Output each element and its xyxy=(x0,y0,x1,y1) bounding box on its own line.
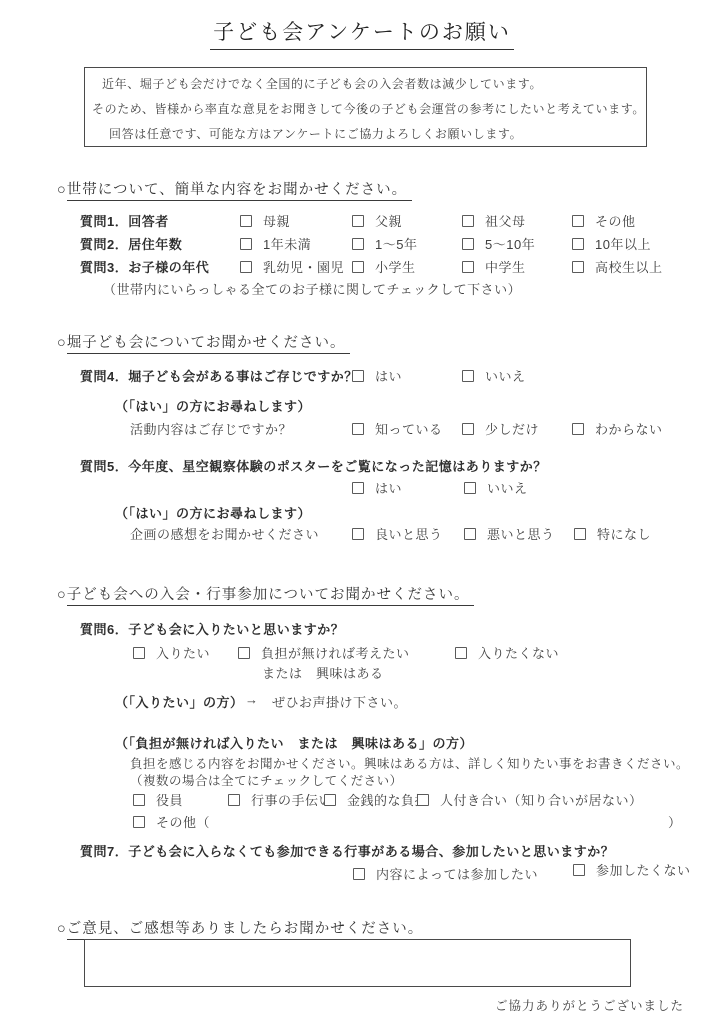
comments-input[interactable] xyxy=(84,939,631,987)
heading-text: 堀子ども会についてお聞かせください。 xyxy=(67,335,351,354)
q6-branch2-desc-row: 負担を感じる内容をお聞かせください。興味はある方は、詳しく知りたい事をお書きくだ… xyxy=(0,754,724,772)
checkbox-option[interactable]: 父親 xyxy=(352,211,402,230)
checkbox-option[interactable]: 祖父母 xyxy=(462,211,526,230)
option-label: 入りたい xyxy=(156,643,210,662)
checkbox-option[interactable]: 良いと思う xyxy=(352,524,443,543)
section-join-heading: ○子ども会への入会・行事参加についてお聞かせください。 xyxy=(57,583,474,604)
q6-label-row: 質問6．子ども会に入りたいと思いますか？ xyxy=(0,619,724,637)
option-label: はい xyxy=(375,478,402,497)
q5-sub-row: 企画の感想をお聞かせください 良いと思う 悪いと思う 特になし xyxy=(0,524,724,542)
checkbox-icon[interactable] xyxy=(574,528,586,540)
checkbox-icon[interactable] xyxy=(133,816,145,828)
section-comments-heading: ○ご意見、ご感想等ありましたらお聞かせください。 xyxy=(57,917,428,938)
q4-sub-row: 活動内容はご存じですか？ 知っている 少しだけ わからない xyxy=(0,419,724,437)
checkbox-option[interactable]: 母親 xyxy=(240,211,290,230)
option-label: 母親 xyxy=(263,211,290,230)
arrow-right-icon: → xyxy=(245,692,259,707)
checkbox-icon[interactable] xyxy=(133,647,145,659)
other-close-paren: ） xyxy=(668,812,682,831)
option-label: 1～5年 xyxy=(375,234,417,253)
checkbox-option[interactable]: その他 xyxy=(572,211,636,230)
option-label: はい xyxy=(375,366,402,385)
checkbox-icon[interactable] xyxy=(228,794,240,806)
q6-label: 質問6．子ども会に入りたいと思いますか？ xyxy=(80,619,344,638)
option-label: 良いと思う xyxy=(375,524,443,543)
checkbox-option[interactable]: はい xyxy=(352,366,402,385)
intro-box: 近年、堀子ども会だけでなく全国的に子ども会の入会者数は減少しています。 そのため… xyxy=(84,67,647,147)
checkbox-option[interactable]: 役員 xyxy=(133,790,183,809)
q3-note: （世帯内にいらっしゃる全てのお子様に関してチェックして下さい） xyxy=(103,279,521,298)
checkbox-icon[interactable] xyxy=(240,238,252,250)
checkbox-icon[interactable] xyxy=(240,261,252,273)
checkbox-option[interactable]: いいえ xyxy=(462,366,526,385)
q4-followup-note: （「はい」の方にお尋ねします） xyxy=(115,396,311,415)
q3-row: 質問3．お子様の年代 乳幼児・園児 小学生 中学生 高校生以上 xyxy=(0,257,724,275)
q1-label: 質問1．回答者 xyxy=(80,211,169,230)
option-label: 行事の手伝い xyxy=(251,790,332,809)
checkbox-option[interactable]: 1～5年 xyxy=(352,234,417,253)
option-label: 入りたくない xyxy=(478,643,559,662)
checkbox-option[interactable]: 5～10年 xyxy=(462,234,535,253)
circle-mark-icon: ○ xyxy=(57,335,67,351)
option-label: 内容によっては参加したい xyxy=(376,864,538,883)
checkbox-icon[interactable] xyxy=(352,370,364,382)
q6-branch2-note: （複数の場合は全てにチェックしてください） xyxy=(130,771,403,789)
checkbox-option[interactable]: 人付き合い（知り合いが居ない） xyxy=(417,790,643,809)
checkbox-option[interactable]: 悪いと思う xyxy=(464,524,555,543)
q5-sub-label: 企画の感想をお聞かせください xyxy=(130,524,319,543)
q2-label: 質問2．居住年数 xyxy=(80,234,182,253)
checkbox-option[interactable]: 金銭的な負担 xyxy=(324,790,428,809)
option-label: 高校生以上 xyxy=(595,257,663,276)
checkbox-option[interactable]: 1年未満 xyxy=(240,234,311,253)
intro-line: 近年、堀子ども会だけでなく全国的に子ども会の入会者数は減少しています。 xyxy=(102,75,542,92)
checkbox-icon[interactable] xyxy=(464,528,476,540)
page-title-text: 子ども会アンケートのお願い xyxy=(210,16,514,50)
page-title: 子ども会アンケートのお願い xyxy=(0,16,724,50)
q5-followup-row: （「はい」の方にお尋ねします） xyxy=(0,503,724,521)
option-label: 参加したくない xyxy=(596,860,691,879)
q5-label-row: 質問5．今年度、星空観察体験のポスターをご覧になった記憶はありますか？ xyxy=(0,456,724,474)
option-label: 負担が無ければ考えたい xyxy=(261,643,410,662)
checkbox-option[interactable]: 特になし xyxy=(574,524,651,543)
circle-mark-icon: ○ xyxy=(57,921,67,937)
checkbox-option[interactable]: 少しだけ xyxy=(462,419,539,438)
checkbox-icon[interactable] xyxy=(240,215,252,227)
checkbox-option[interactable]: 中学生 xyxy=(462,257,526,276)
heading-text: 世帯について、簡単な内容をお聞かせください。 xyxy=(67,182,412,201)
intro-line: そのため、皆様から率直な意見をお聞きして今後の子ども会運営の参考にしたいと考えて… xyxy=(92,100,645,117)
circle-mark-icon: ○ xyxy=(57,587,67,603)
checkbox-icon[interactable] xyxy=(572,215,584,227)
option-label: 悪いと思う xyxy=(487,524,555,543)
section-kodomokai-heading: ○堀子ども会についてお聞かせください。 xyxy=(57,331,350,352)
checkbox-icon[interactable] xyxy=(353,868,365,880)
q4-row: 質問4．堀子ども会がある事はご存じですか？ はい いいえ xyxy=(0,366,724,384)
option-label: 祖父母 xyxy=(485,211,526,230)
q4-label: 質問4．堀子ども会がある事はご存じですか？ xyxy=(80,366,358,385)
checkbox-icon[interactable] xyxy=(462,215,474,227)
option-label: いいえ xyxy=(487,478,528,497)
circle-mark-icon: ○ xyxy=(57,182,67,198)
option-label: わからない xyxy=(595,419,663,438)
survey-document: 子ども会アンケートのお願い 近年、堀子ども会だけでなく全国的に子ども会の入会者数… xyxy=(0,0,724,1024)
option-label: 10年以上 xyxy=(595,234,651,253)
q6-branch2-label: （「負担が無ければ入りたい または 興味はある」の方） xyxy=(115,733,473,752)
option-label: 知っている xyxy=(375,419,443,438)
q7-label: 質問7．子ども会に入らなくても参加できる行事がある場合、参加したいと思いますか？ xyxy=(80,841,614,860)
checkbox-option[interactable]: 10年以上 xyxy=(572,234,651,253)
q3-note-row: （世帯内にいらっしゃる全てのお子様に関してチェックして下さい） xyxy=(0,279,724,297)
checkbox-icon[interactable] xyxy=(352,482,364,494)
option-label: 父親 xyxy=(375,211,402,230)
checkbox-option[interactable]: 負担が無ければ考えたい xyxy=(238,643,410,662)
q5-followup-note: （「はい」の方にお尋ねします） xyxy=(115,503,311,522)
other-fill-blank[interactable] xyxy=(250,812,665,827)
q6-branch2-row: （「負担が無ければ入りたい または 興味はある」の方） xyxy=(0,733,724,751)
checkbox-icon[interactable] xyxy=(352,261,364,273)
q5-label: 質問5．今年度、星空観察体験のポスターをご覧になった記憶はありますか？ xyxy=(80,456,547,475)
heading-text: 子ども会への入会・行事参加についてお聞かせください。 xyxy=(67,587,475,606)
option-label: 金銭的な負担 xyxy=(347,790,428,809)
q6-branch1-text: ぜひお声掛け下さい。 xyxy=(272,692,407,711)
q6-branch2-note-row: （複数の場合は全てにチェックしてください） xyxy=(0,771,724,789)
option-label: 5～10年 xyxy=(485,234,535,253)
checkbox-option[interactable]: 小学生 xyxy=(352,257,416,276)
thanks-note: ご協力ありがとうございました xyxy=(495,996,684,1014)
checkbox-icon[interactable] xyxy=(462,261,474,273)
checkbox-option[interactable]: 入りたい xyxy=(133,643,210,662)
checkbox-option[interactable]: 知っている xyxy=(352,419,443,438)
section-household-heading: ○世帯について、簡単な内容をお聞かせください。 xyxy=(57,178,412,199)
option-label: 人付き合い（知り合いが居ない） xyxy=(440,790,643,809)
q2-row: 質問2．居住年数 1年未満 1～5年 5～10年 10年以上 xyxy=(0,234,724,252)
checkbox-option[interactable]: わからない xyxy=(572,419,663,438)
checkbox-option[interactable]: 内容によっては参加したい xyxy=(353,864,538,883)
q4-sub-label: 活動内容はご存じですか？ xyxy=(130,419,292,438)
q1-row: 質問1．回答者 母親 父親 祖父母 その他 xyxy=(0,211,724,229)
other-option-label: その他（ xyxy=(156,812,210,831)
q5-options-row: はい いいえ xyxy=(0,478,724,496)
checkbox-icon[interactable] xyxy=(462,370,474,382)
checkbox-icon[interactable] xyxy=(572,423,584,435)
q4-followup-row: （「はい」の方にお尋ねします） xyxy=(0,396,724,414)
checkbox-icon[interactable] xyxy=(464,482,476,494)
checkbox-icon[interactable] xyxy=(572,261,584,273)
q6-branch1-row: （「入りたい」の方） → ぜひお声掛け下さい。 xyxy=(0,692,724,710)
option-label: 1年未満 xyxy=(263,234,311,253)
q6-branch2-desc: 負担を感じる内容をお聞かせください。興味はある方は、詳しく知りたい事をお書きくだ… xyxy=(130,754,689,772)
option-label: 小学生 xyxy=(375,257,416,276)
q7-label-row: 質問7．子ども会に入らなくても参加できる行事がある場合、参加したいと思いますか？ xyxy=(0,841,724,859)
checkbox-icon[interactable] xyxy=(572,238,584,250)
checkbox-option[interactable]: 行事の手伝い xyxy=(228,790,332,809)
checkbox-icon[interactable] xyxy=(352,215,364,227)
q6-option2-subline: または 興味はある xyxy=(262,663,384,682)
checkbox-icon[interactable] xyxy=(133,794,145,806)
checkbox-option[interactable]: 入りたくない xyxy=(455,643,559,662)
option-label: 役員 xyxy=(156,790,183,809)
q6-branch1-label: （「入りたい」の方） xyxy=(115,692,244,711)
checkbox-icon[interactable] xyxy=(455,647,467,659)
heading-text: ご意見、ご感想等ありましたらお聞かせください。 xyxy=(67,921,429,940)
option-label: 特になし xyxy=(597,524,651,543)
checkbox-option[interactable]: 高校生以上 xyxy=(572,257,663,276)
checkbox-icon[interactable] xyxy=(324,794,336,806)
option-label: 中学生 xyxy=(485,257,526,276)
q3-label: 質問3．お子様の年代 xyxy=(80,257,209,276)
checkbox-icon[interactable] xyxy=(462,423,474,435)
intro-line: 回答は任意です、可能な方はアンケートにご協力よろしくお願いします。 xyxy=(109,125,522,142)
checkbox-option[interactable]: はい xyxy=(352,478,402,497)
q6-options-row: 入りたい 負担が無ければ考えたい 入りたくない xyxy=(0,643,724,661)
q7-options-row: 内容によっては参加したい 参加したくない xyxy=(0,864,724,882)
q6-other-option-row: その他（ ） xyxy=(0,812,724,830)
checkbox-icon[interactable] xyxy=(573,864,585,876)
q6-option2-subline-row: または 興味はある xyxy=(0,663,724,681)
checkbox-option[interactable]: 乳幼児・園児 xyxy=(240,257,344,276)
checkbox-icon[interactable] xyxy=(352,528,364,540)
checkbox-option[interactable]: いいえ xyxy=(464,478,528,497)
checkbox-icon[interactable] xyxy=(352,238,364,250)
q6-burden-options-row: 役員 行事の手伝い 金銭的な負担 人付き合い（知り合いが居ない） xyxy=(0,790,724,808)
checkbox-icon[interactable] xyxy=(417,794,429,806)
option-label: いいえ xyxy=(485,366,526,385)
checkbox-icon[interactable] xyxy=(352,423,364,435)
checkbox-option-other[interactable]: その他（ xyxy=(133,812,210,831)
option-label: その他 xyxy=(595,211,636,230)
checkbox-option[interactable]: 参加したくない xyxy=(573,860,691,879)
option-label: 乳幼児・園児 xyxy=(263,257,344,276)
checkbox-icon[interactable] xyxy=(238,647,250,659)
checkbox-icon[interactable] xyxy=(462,238,474,250)
option-label: 少しだけ xyxy=(485,419,539,438)
